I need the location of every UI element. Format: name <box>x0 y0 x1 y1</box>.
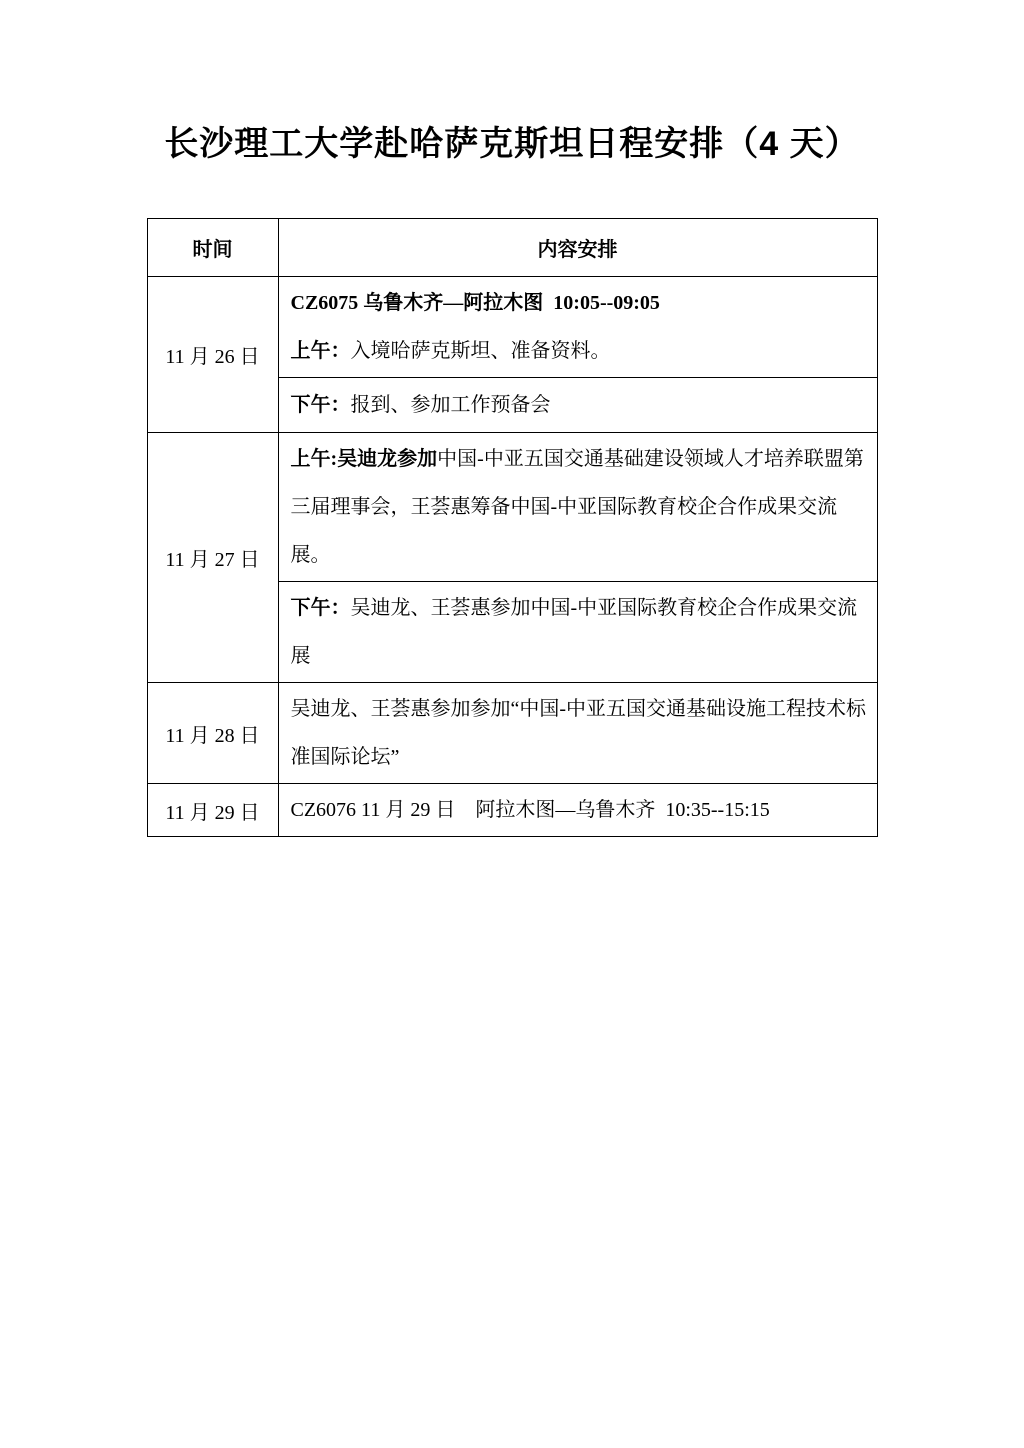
date-cell: 11 月 26 日 <box>147 277 278 433</box>
table-row: 11 月 26 日CZ6075 乌鲁木齐—阿拉木图 10:05--09:05上午… <box>147 277 877 378</box>
date-cell: 11 月 27 日 <box>147 433 278 683</box>
schedule-paragraph: 下午：吴迪龙、王荟惠参加中国-中亚国际教育校企合作成果交流展 <box>291 584 867 680</box>
text-segment: 上午:吴迪龙参加 <box>291 448 438 470</box>
text-segment: 吴迪龙、王荟惠参加参加“中国-中亚五国交通基础设施工程技术标准国际论坛” <box>291 698 867 768</box>
page-title: 长沙理工大学赴哈萨克斯坦日程安排（4 天） <box>0 0 1024 166</box>
content-cell: CZ6076 11 月 29 日 阿拉木图—乌鲁木齐 10:35--15:15 <box>278 784 877 837</box>
text-segment: CZ6075 乌鲁木齐—阿拉木图 10:05--09:05 <box>291 292 660 314</box>
content-cell: 下午：报到、参加工作预备会 <box>278 378 877 433</box>
schedule-paragraph: 下午：报到、参加工作预备会 <box>291 381 867 429</box>
text-segment: 下午： <box>291 597 351 619</box>
text-segment: 报到、参加工作预备会 <box>351 394 551 416</box>
table-header: 时间 内容安排 <box>147 219 877 277</box>
content-cell: 下午：吴迪龙、王荟惠参加中国-中亚国际教育校企合作成果交流展 <box>278 582 877 683</box>
text-segment: 上午： <box>291 340 351 362</box>
text-segment: CZ6076 11 月 29 日 阿拉木图—乌鲁木齐 10:35--15:15 <box>291 799 770 821</box>
date-cell: 11 月 29 日 <box>147 784 278 837</box>
document-page: 长沙理工大学赴哈萨克斯坦日程安排（4 天） 时间 内容安排 11 月 26 日C… <box>0 0 1024 1448</box>
schedule-table: 时间 内容安排 11 月 26 日CZ6075 乌鲁木齐—阿拉木图 10:05-… <box>147 218 878 837</box>
schedule-body: 11 月 26 日CZ6075 乌鲁木齐—阿拉木图 10:05--09:05上午… <box>147 277 877 837</box>
schedule-paragraph: CZ6076 11 月 29 日 阿拉木图—乌鲁木齐 10:35--15:15 <box>291 786 867 834</box>
schedule-paragraph: CZ6075 乌鲁木齐—阿拉木图 10:05--09:05 <box>291 279 867 327</box>
schedule-paragraph: 吴迪龙、王荟惠参加参加“中国-中亚五国交通基础设施工程技术标准国际论坛” <box>291 685 867 781</box>
text-segment: 入境哈萨克斯坦、准备资料。 <box>351 340 611 362</box>
table-row: 11 月 27 日上午:吴迪龙参加中国-中亚五国交通基础建设领域人才培养联盟第三… <box>147 433 877 582</box>
text-segment: 吴迪龙、王荟惠参加中国-中亚国际教育校企合作成果交流展 <box>291 597 858 667</box>
text-segment: 下午： <box>291 394 351 416</box>
table-row: 11 月 29 日CZ6076 11 月 29 日 阿拉木图—乌鲁木齐 10:3… <box>147 784 877 837</box>
content-cell: 吴迪龙、王荟惠参加参加“中国-中亚五国交通基础设施工程技术标准国际论坛” <box>278 683 877 784</box>
header-row: 时间 内容安排 <box>147 219 877 277</box>
content-cell: CZ6075 乌鲁木齐—阿拉木图 10:05--09:05上午：入境哈萨克斯坦、… <box>278 277 877 378</box>
content-cell: 上午:吴迪龙参加中国-中亚五国交通基础建设领域人才培养联盟第三届理事会，王荟惠筹… <box>278 433 877 582</box>
schedule-paragraph: 上午:吴迪龙参加中国-中亚五国交通基础建设领域人才培养联盟第三届理事会，王荟惠筹… <box>291 435 867 579</box>
table-row: 11 月 28 日吴迪龙、王荟惠参加参加“中国-中亚五国交通基础设施工程技术标准… <box>147 683 877 784</box>
schedule-paragraph: 上午：入境哈萨克斯坦、准备资料。 <box>291 327 867 375</box>
header-time: 时间 <box>147 219 278 277</box>
date-cell: 11 月 28 日 <box>147 683 278 784</box>
header-content: 内容安排 <box>278 219 877 277</box>
